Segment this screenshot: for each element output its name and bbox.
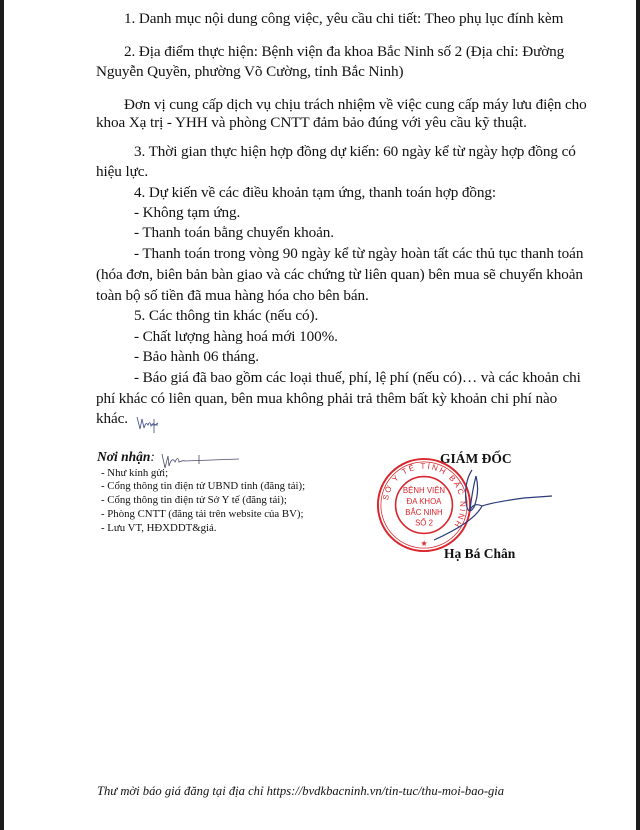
supplier-paragraph-line-2: khoa Xạ trị - YHH và phòng CNTT đảm bảo … xyxy=(96,114,527,132)
recipient-item: - Lưu VT, HĐXDDT&giá. xyxy=(101,522,217,535)
item-4-heading: 4. Dự kiến về các điều khoản tạm ứng, th… xyxy=(134,184,496,202)
supplier-paragraph-line-1: Đơn vị cung cấp dịch vụ chịu trách nhiệm… xyxy=(124,96,587,114)
item-5-quality: - Chất lượng hàng hoá mới 100%. xyxy=(134,328,338,346)
item-4-payment-line-2: (hóa đơn, biên bản bàn giao và các chứng… xyxy=(96,266,583,284)
item-2-line-1: 2. Địa điểm thực hiện: Bệnh viện đa khoa… xyxy=(124,43,564,61)
recipient-item: - Phòng CNTT (đăng tải trên website của … xyxy=(101,508,304,521)
item-2-line-2: Nguyễn Quyền, phường Võ Cường, tỉnh Bắc … xyxy=(96,63,403,81)
item-5-heading: 5. Các thông tin khác (nếu có). xyxy=(134,307,318,325)
item-4-transfer: - Thanh toán bằng chuyển khoản. xyxy=(134,224,334,242)
item-4-no-advance: - Không tạm ứng. xyxy=(134,204,240,222)
document-page: 1. Danh mục nội dung công việc, yêu cầu … xyxy=(4,0,636,830)
recipients-title: Nơi nhận: xyxy=(97,449,155,465)
recipients-signature-icon xyxy=(159,450,244,474)
item-4-payment-line-1: - Thanh toán trong vòng 90 ngày kể từ ng… xyxy=(134,245,583,263)
item-5-quote-line-3: khác. xyxy=(96,410,128,428)
director-name: Hạ Bá Chân xyxy=(444,546,515,562)
footer-note: Thư mời báo giá đăng tại địa chỉ https:/… xyxy=(97,784,504,799)
item-5-quote-line-1: - Báo giá đã bao gồm các loại thuế, phí,… xyxy=(134,369,581,387)
initials-signature-icon xyxy=(135,413,161,435)
director-signature-icon xyxy=(424,462,554,544)
recipient-item: - Cổng thông tin điện tử Sở Y tế (đăng t… xyxy=(101,494,287,507)
item-3-line-1: 3. Thời gian thực hiện hợp đồng dự kiến:… xyxy=(134,143,576,161)
item-5-quote-line-2: phí khác có liên quan, bên mua không phả… xyxy=(96,390,557,408)
item-4-payment-line-3: toàn bộ số tiền đã mua hàng hóa cho bên … xyxy=(96,287,369,305)
recipient-item: - Cổng thông tin điện tử UBND tỉnh (đăng… xyxy=(101,480,305,493)
item-5-warranty: - Bảo hành 06 tháng. xyxy=(134,348,259,366)
window-edge-right xyxy=(636,0,640,830)
recipient-item: - Như kính gửi; xyxy=(101,467,168,480)
item-1-line: 1. Danh mục nội dung công việc, yêu cầu … xyxy=(124,10,563,28)
item-3-line-2: hiệu lực. xyxy=(96,163,148,181)
